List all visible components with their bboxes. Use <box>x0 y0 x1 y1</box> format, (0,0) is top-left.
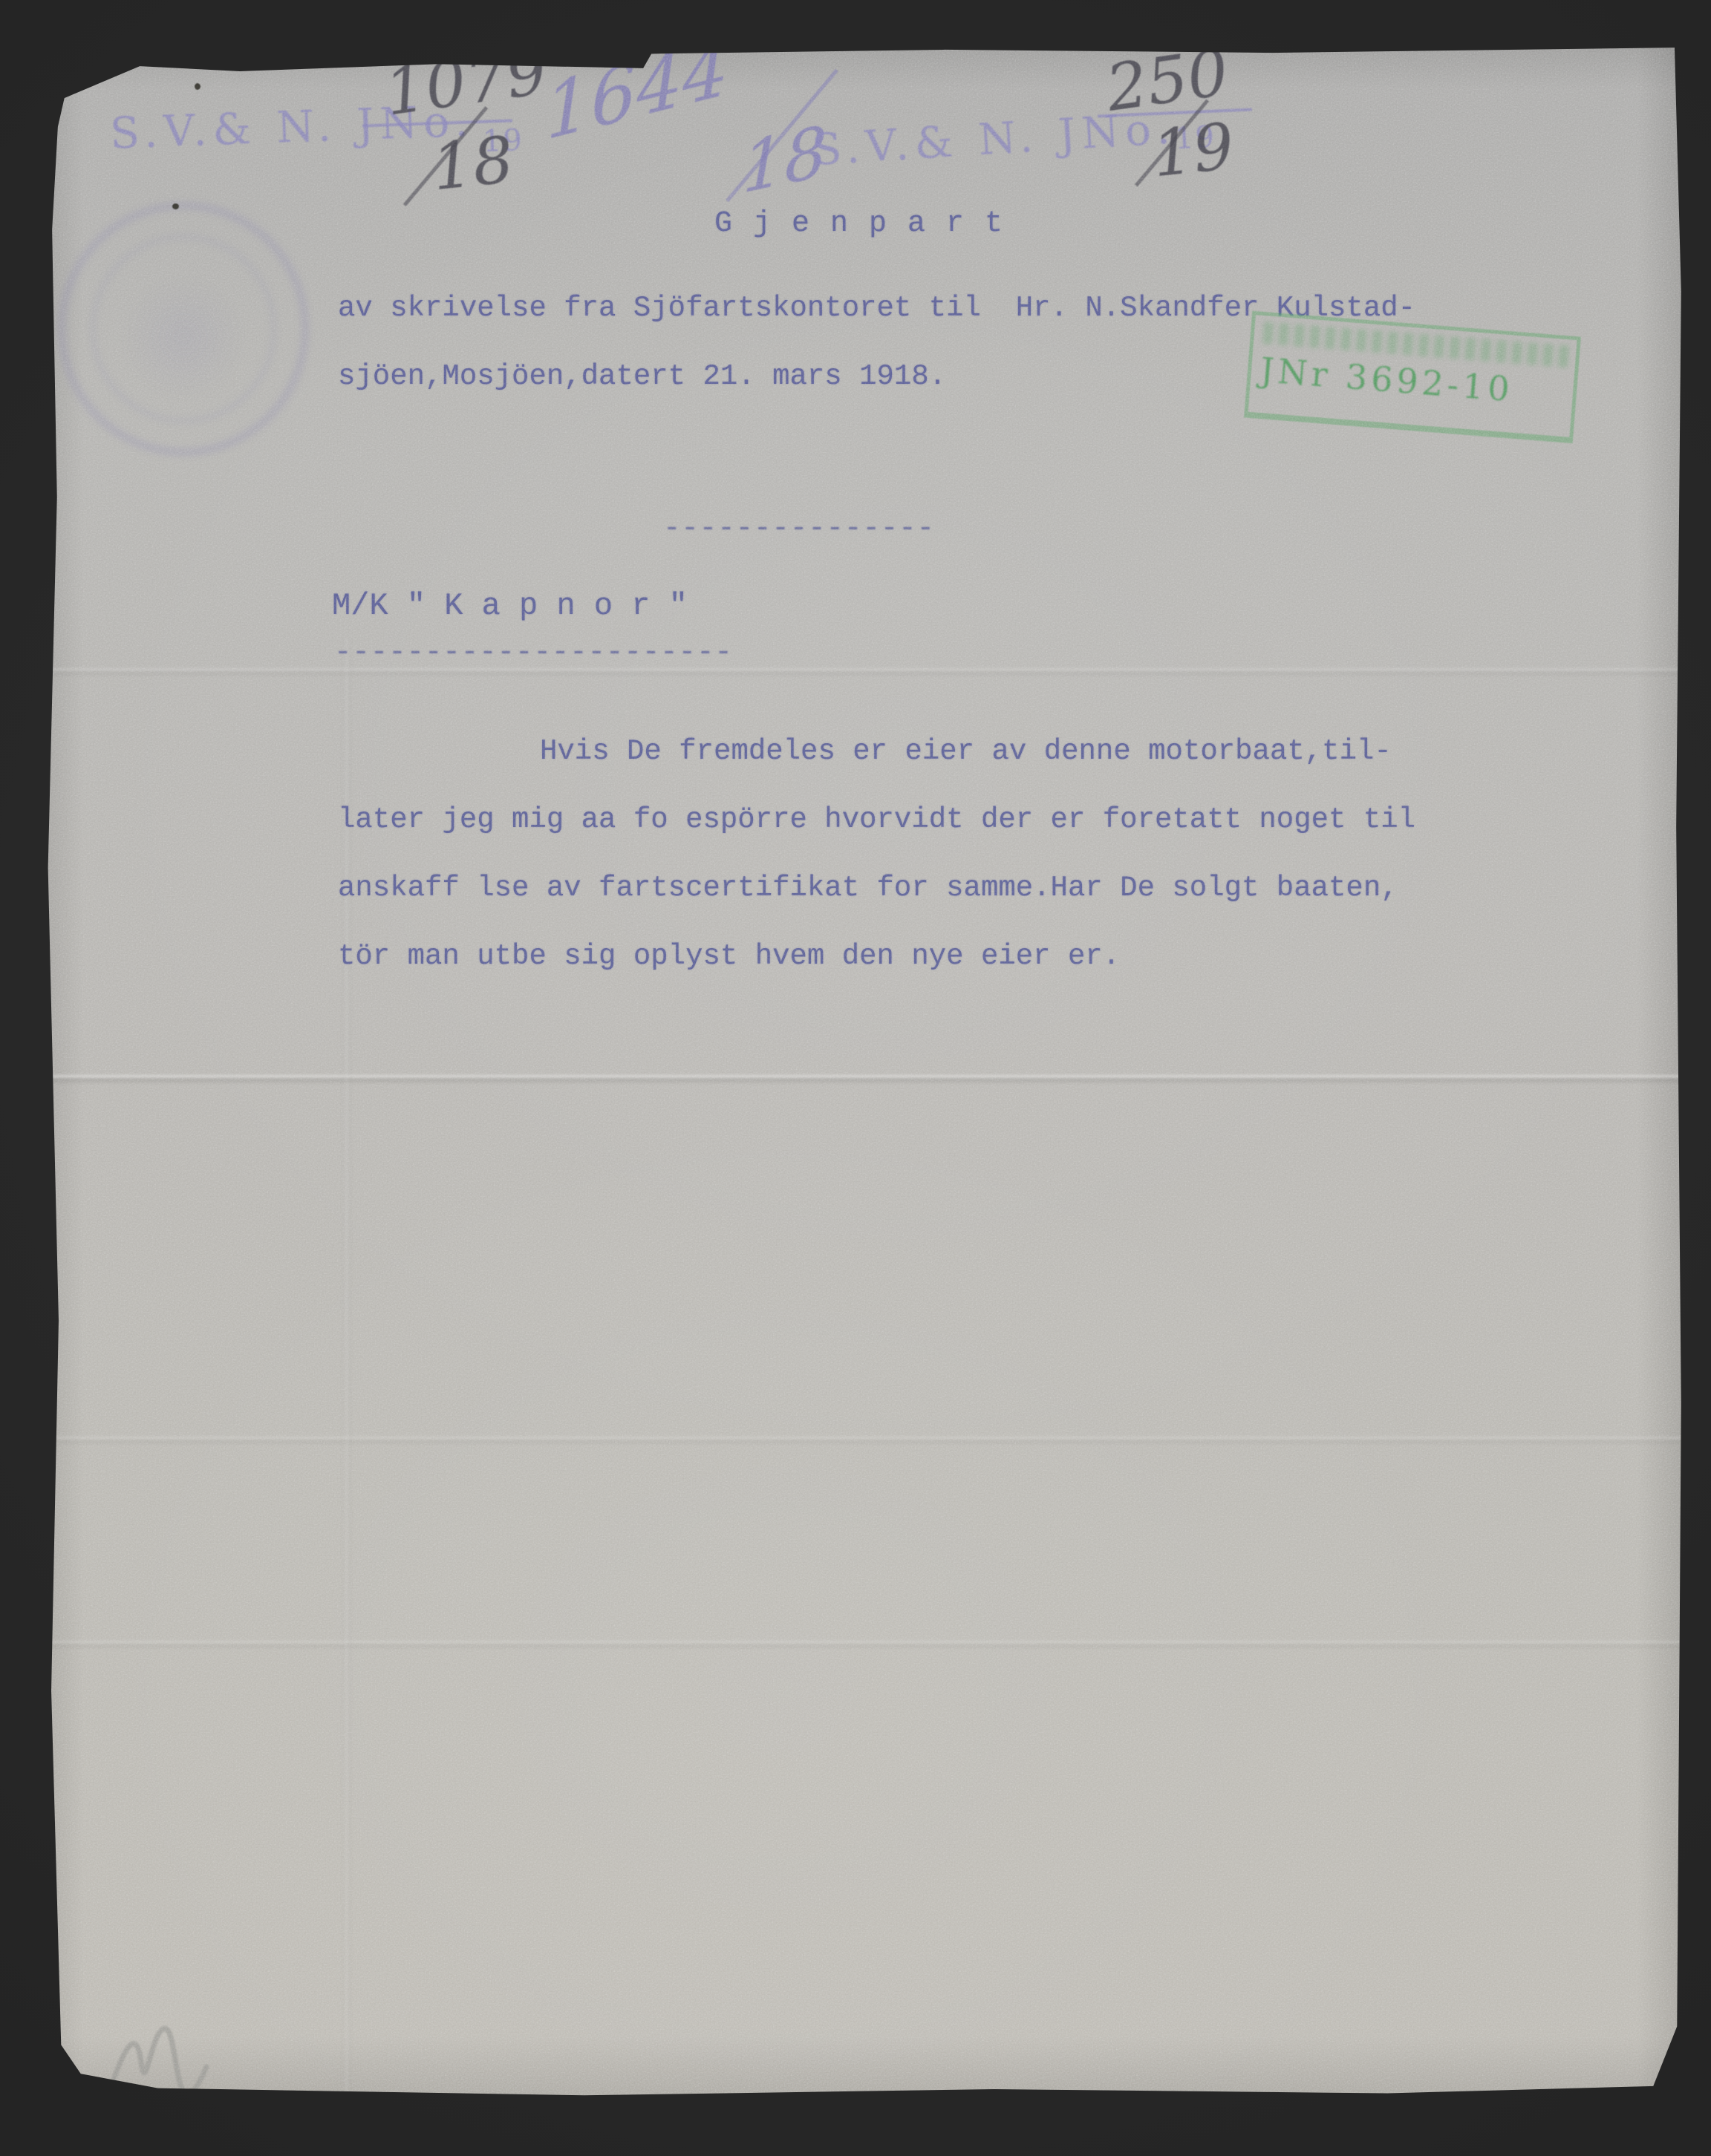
letter-paper: S.V.& N. JNo. 19 1079 18 1644 18 S.V.& N… <box>43 45 1683 2103</box>
subject-line: M/K " K a p n o r " <box>332 590 688 621</box>
body-line: anskaff lse av fartscertifikat for samme… <box>338 874 1398 903</box>
journal-year-left-handwritten: 18 <box>429 128 517 200</box>
journal-number-right-handwritten: 250 <box>1103 41 1233 121</box>
body-line: later jeg mig aa fo espörre hvorvidt der… <box>338 806 1415 834</box>
typed-separator: --------------- <box>663 514 935 543</box>
pin-hole <box>172 203 179 209</box>
fold-crease-vertical <box>343 638 351 2094</box>
journal-year-right-handwritten: 19 <box>1150 115 1237 187</box>
fold-crease <box>43 1437 1683 1445</box>
fold-crease <box>43 668 1683 677</box>
pencil-initials <box>97 1997 282 2123</box>
journal-number-left-handwritten: 1079 <box>381 39 551 125</box>
body-line: Hvis De fremdeles er eier av denne motor… <box>540 737 1392 766</box>
circular-ink-stamp-inner <box>91 235 276 423</box>
document-title: G j e n p a r t <box>714 209 1004 239</box>
circular-ink-stamp <box>58 202 309 456</box>
body-line: tör man utbe sig oplyst hvem den nye eie… <box>338 942 1120 971</box>
archive-stamp: JNr 3692-10 <box>1244 311 1581 443</box>
subject-underline: ---------------------- <box>334 638 733 667</box>
intro-line: sjöen,Mosjöen,datert 21. mars 1918. <box>338 362 946 391</box>
annotation-center-handwritten: 1644 <box>544 30 730 151</box>
scan-background: S.V.& N. JNo. 19 1079 18 1644 18 S.V.& N… <box>0 0 1711 2156</box>
fold-crease <box>43 1641 1683 1650</box>
fold-crease <box>43 1075 1683 1084</box>
pin-hole <box>195 83 201 90</box>
